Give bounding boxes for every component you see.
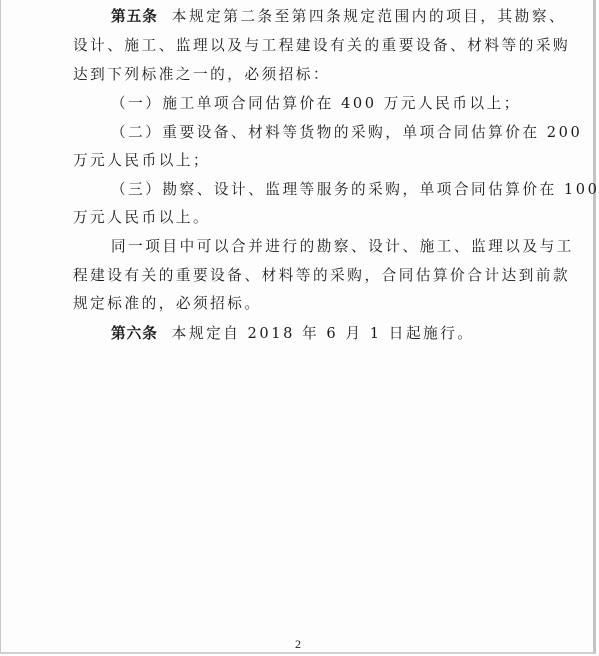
article-5-line-2: 设计、施工、监理以及与工程建设有关的重要设备、材料等的采购 bbox=[73, 37, 570, 55]
item-1-line-1: （一）施工单项合同估算价在 400 万元人民币以上； bbox=[111, 95, 521, 113]
article-6-text: 本规定自 2018 年 6 月 1 日起施行。 bbox=[172, 325, 475, 342]
article-6-heading: 第六条 bbox=[111, 325, 158, 342]
item-3-line-1: （三）勘察、设计、监理等服务的采购，单项合同估算价在 100 bbox=[111, 181, 599, 199]
item-2-line-1: （二）重要设备、材料等货物的采购，单项合同估算价在 200 bbox=[111, 124, 582, 142]
combined-clause-line-2: 程建设有关的重要设备、材料等的采购，合同估算价合计达到前款 bbox=[73, 267, 570, 285]
item-3-line-2: 万元人民币以上。 bbox=[73, 209, 210, 227]
combined-clause-line-1: 同一项目中可以合并进行的勘察、设计、施工、监理以及与工 bbox=[111, 238, 574, 256]
document-page: 第五条本规定第二条至第四条规定范围内的项目，其勘察、 设计、施工、监理以及与工程… bbox=[0, 0, 596, 654]
article-5-heading: 第五条 bbox=[111, 8, 158, 25]
article-5-line-1: 第五条本规定第二条至第四条规定范围内的项目，其勘察、 bbox=[111, 8, 566, 26]
article-5-text: 本规定第二条至第四条规定范围内的项目，其勘察、 bbox=[172, 8, 566, 25]
item-2-line-2: 万元人民币以上； bbox=[73, 152, 210, 170]
article-5-line-3: 达到下列标准之一的，必须招标： bbox=[73, 66, 330, 84]
article-6-line: 第六条本规定自 2018 年 6 月 1 日起施行。 bbox=[111, 325, 475, 343]
page-number: 2 bbox=[295, 637, 301, 652]
combined-clause-line-3: 规定标准的，必须招标。 bbox=[73, 295, 262, 313]
